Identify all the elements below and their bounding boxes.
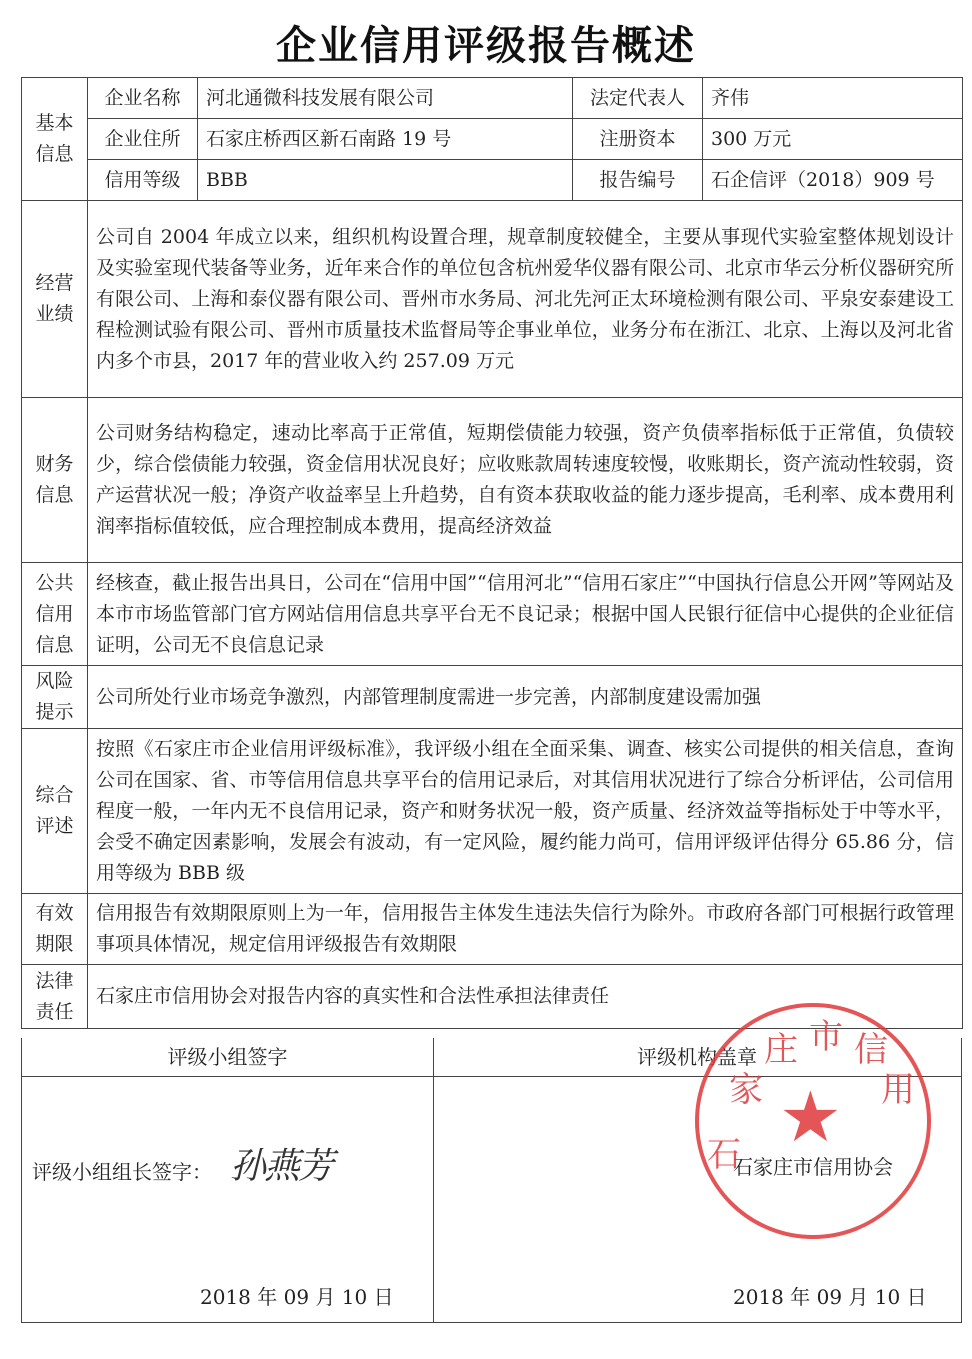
field-label-report-no: 报告编号 xyxy=(573,160,703,201)
section-label-risk: 风险提示 xyxy=(22,666,88,729)
seal-char: 家 xyxy=(729,1062,763,1111)
field-label-legal-rep: 法定代表人 xyxy=(573,78,703,119)
section-text-risk: 公司所处行业市场竞争激烈，内部管理制度需进一步完善，内部制度建设需加强 xyxy=(88,666,963,729)
section-label-performance: 经营业绩 xyxy=(22,201,88,398)
handwritten-signature: 孙燕芳 xyxy=(230,1138,332,1189)
rating-team-header: 评级小组签字 xyxy=(22,1038,433,1077)
section-text-summary: 按照《石家庄市企业信用评级标准》，我评级小组在全面采集、调查、核实公司提供的相关… xyxy=(88,729,963,894)
red-seal-stamp: 石 家 庄 市 信 用 ★ xyxy=(695,1003,931,1239)
signature-area: 评级小组签字 评级小组组长签字： 孙燕芳 2018 年 09 月 10 日 评级… xyxy=(21,1038,962,1323)
section-label-finance: 财务信息 xyxy=(22,398,88,563)
section-text-validity: 信用报告有效期限原则上为一年，信用报告主体发生违法失信行为除外。市政府各部门可根… xyxy=(88,894,963,965)
field-label-company-name: 企业名称 xyxy=(88,78,198,119)
document-title: 企业信用评级报告概述 xyxy=(0,14,972,71)
seal-char: 石 xyxy=(707,1127,741,1176)
field-label-capital: 注册资本 xyxy=(573,119,703,160)
section-text-public-credit: 经核查，截止报告出具日，公司在“信用中国”“信用河北”“信用石家庄”“中国执行信… xyxy=(88,563,963,666)
field-value-address: 石家庄桥西区新石南路 19 号 xyxy=(198,119,573,160)
agency-sign-date: 2018 年 09 月 10 日 xyxy=(733,1281,927,1310)
star-icon: ★ xyxy=(779,1082,842,1152)
seal-char: 用 xyxy=(881,1062,915,1111)
field-value-capital: 300 万元 xyxy=(703,119,963,160)
section-label-public-credit: 公共信用信息 xyxy=(22,563,88,666)
field-value-company-name: 河北通微科技发展有限公司 xyxy=(198,78,573,119)
team-sign-date: 2018 年 09 月 10 日 xyxy=(200,1281,394,1310)
section-label-summary: 综合评述 xyxy=(22,729,88,894)
agency-seal: 评级机构盖章 石家庄市信用协会 2018 年 09 月 10 日 石 家 庄 市… xyxy=(433,1038,961,1322)
section-label-basic-info: 基本信息 xyxy=(22,78,88,201)
report-table: 基本信息 企业名称 河北通微科技发展有限公司 法定代表人 齐伟 企业住所 石家庄… xyxy=(21,77,963,1029)
section-text-finance: 公司财务结构稳定，速动比率高于正常值，短期偿债能力较强，资产负债率指标低于正常值… xyxy=(88,398,963,563)
field-value-legal-rep: 齐伟 xyxy=(703,78,963,119)
field-label-address: 企业住所 xyxy=(88,119,198,160)
field-value-credit-grade: BBB xyxy=(198,160,573,201)
section-label-validity: 有效期限 xyxy=(22,894,88,965)
rating-team-signature: 评级小组签字 评级小组组长签字： 孙燕芳 2018 年 09 月 10 日 xyxy=(22,1038,434,1322)
seal-char: 庄 xyxy=(764,1022,798,1071)
field-label-credit-grade: 信用等级 xyxy=(88,160,198,201)
field-value-report-no: 石企信评（2018）909 号 xyxy=(703,160,963,201)
seal-char: 市 xyxy=(809,1009,843,1058)
section-text-performance: 公司自 2004 年成立以来，组织机构设置合理，规章制度较健全，主要从事现代实验… xyxy=(88,201,963,398)
leader-signature-label: 评级小组组长签字： xyxy=(32,1156,212,1185)
section-label-legal: 法律责任 xyxy=(22,965,88,1029)
